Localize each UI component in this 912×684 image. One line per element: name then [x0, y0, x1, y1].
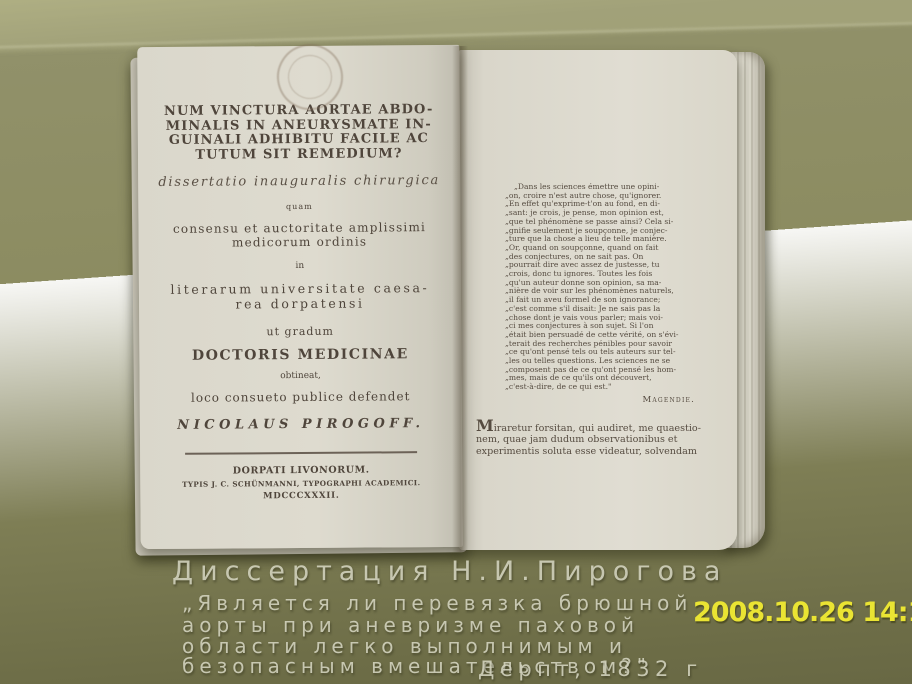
- quam-word: quam: [138, 201, 460, 212]
- open-book: „Dans les sciences émettre une opini-„on…: [133, 40, 765, 556]
- caption-title: Диссертация Н.И.Пирогова: [172, 556, 727, 587]
- right-page: „Dans les sciences émettre une opini-„on…: [459, 50, 737, 550]
- text-line: literarum universitate caesa-: [139, 280, 461, 297]
- text-line: rea dorpatensi: [139, 295, 461, 312]
- university-lines: literarum universitate caesa-rea dorpate…: [139, 280, 461, 312]
- in-word: in: [139, 260, 461, 272]
- caption-line-2: „Является ли перевязка брюшной: [182, 591, 692, 615]
- divider-rule: [185, 451, 417, 454]
- text-line: „c'est-à-dire, de ce qui est.": [505, 383, 709, 392]
- dissertation-title: NUM VINCTURA AORTAE ABDO-MINALIS IN ANEU…: [151, 103, 448, 163]
- dissertation-subtitle: dissertatio inauguralis chirurgica: [138, 173, 460, 190]
- text-line: experimentis soluta esse videatur, solve…: [476, 446, 737, 458]
- obtineat-word: obtineat,: [140, 370, 462, 382]
- imprint-city: DORPATI LIVONORUM.: [140, 463, 462, 476]
- imprint-printer: TYPIS J. C. SCHÜNMANNI, TYPOGRAPHI ACADE…: [140, 477, 462, 488]
- consensu-lines: consensu et auctoritate amplissimimedico…: [138, 220, 460, 250]
- text-line: Miraretur forsitan, qui audiret, me quae…: [476, 420, 737, 435]
- imprint-year: MDCCCXXXII.: [140, 489, 462, 501]
- ut-gradum: ut gradum: [139, 324, 461, 339]
- text-line: TUTUM SIT REMEDIUM?: [151, 146, 447, 163]
- defend-line: loco consueto publice defendet: [140, 389, 462, 405]
- book-gutter-shadow: [452, 46, 468, 552]
- quote-attribution: Magendie.: [459, 395, 695, 405]
- text-line: nem, quae jam dudum observationibus et: [476, 434, 737, 446]
- text-line: consensu et auctoritate amplissimi: [138, 220, 460, 236]
- magendie-quote: „Dans les sciences émettre une opini-„on…: [505, 183, 709, 392]
- left-title-page: NUM VINCTURA AORTAE ABDO-MINALIS IN ANEU…: [137, 45, 462, 549]
- author-name: NICOLAUS PIROGOFF.: [140, 416, 462, 433]
- degree-line: DOCTORIS MEDICINAE: [139, 346, 461, 364]
- camera-timestamp: 2008.10.26 14:10: [693, 597, 912, 628]
- caption-place-year: Дерпт, 1832 г: [478, 657, 703, 681]
- latin-paragraph: Miraretur forsitan, qui audiret, me quae…: [476, 420, 737, 458]
- text-line: medicorum ordinis: [139, 234, 461, 250]
